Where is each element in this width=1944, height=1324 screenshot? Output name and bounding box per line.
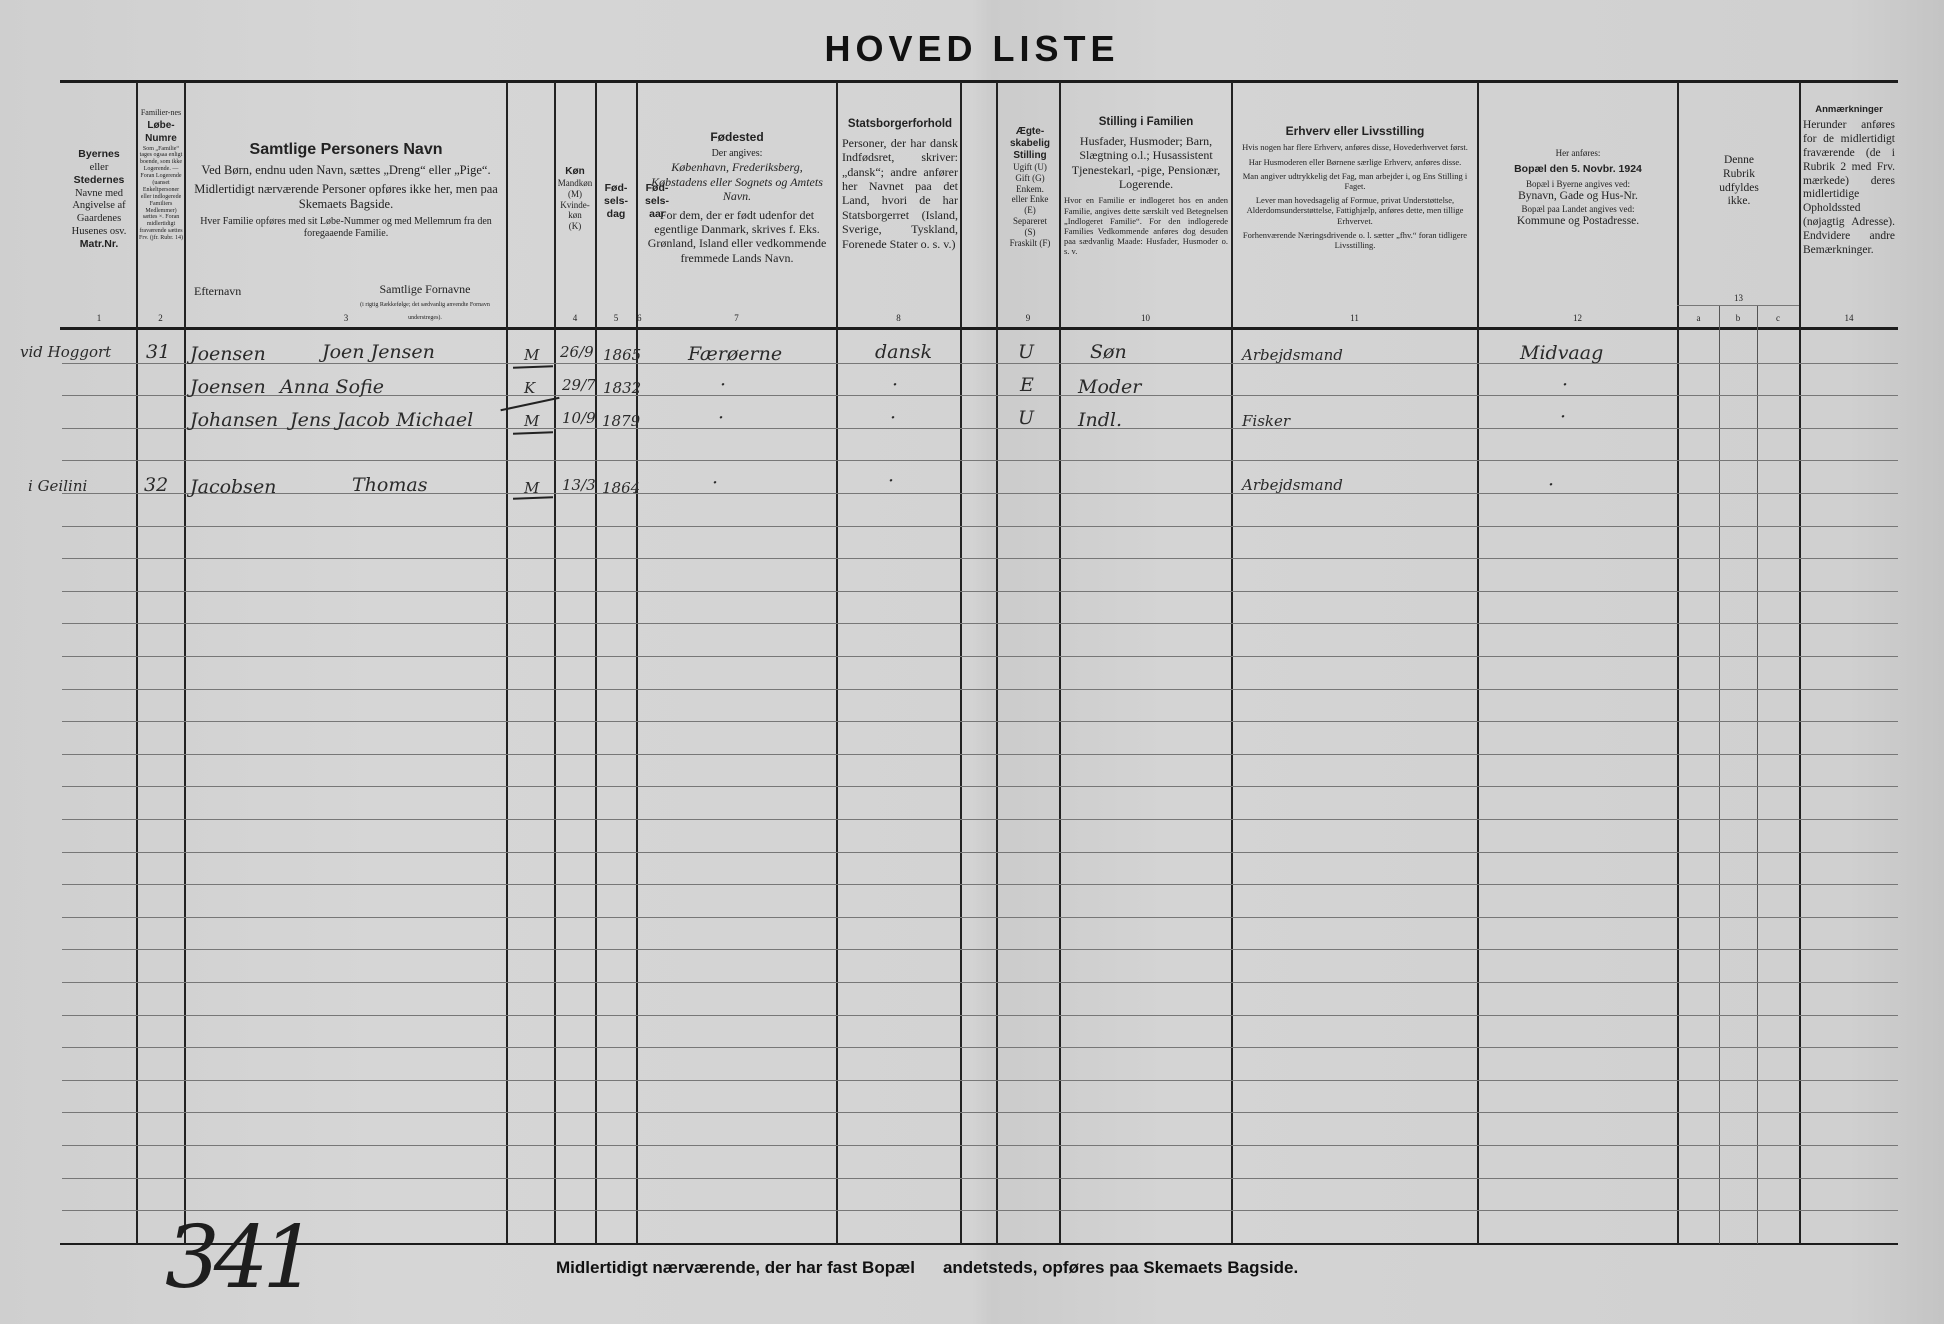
header-text: Ved Børn, endnu uden Navn, sættes „Dreng… — [190, 163, 502, 178]
col-divider-13a — [1719, 305, 1720, 1244]
header-text: Husfader, Husmoder; Barn, Slægtning o.l.… — [1064, 134, 1228, 192]
entry-family-role: Indl. — [1078, 409, 1122, 431]
col-number-12: 12 — [1478, 313, 1677, 323]
header-text: Familier-nes — [141, 108, 181, 117]
entry-marital: E — [1020, 374, 1034, 396]
col-number-11: 11 — [1232, 313, 1477, 323]
row-rule — [62, 982, 1898, 983]
header-text: Midlertidigt nærværende Personer opføres… — [190, 182, 502, 212]
sex-underline — [513, 496, 553, 499]
row-rule — [62, 1015, 1898, 1016]
header-col-12: Her anføres: Bopæl den 5. Novbr. 1924 Bo… — [1480, 148, 1676, 229]
header-title: Ægte-skabelig Stilling — [1010, 126, 1050, 161]
header-col-7: Fødested Der angives: København, Frederi… — [642, 130, 832, 265]
entry-birthplace: Færøerne — [688, 343, 782, 365]
col-divider-13 — [1799, 82, 1801, 1244]
header-text: Matr.Nr. — [80, 238, 119, 250]
header-text: Hvis nogen har flere Erhverv, anføres di… — [1238, 142, 1472, 152]
entry-place: vid Hoggort — [20, 343, 111, 361]
row-rule — [62, 656, 1898, 657]
header-text: Kvinde-køn — [560, 200, 590, 221]
header-top-rule — [60, 80, 1898, 83]
sex-underline — [500, 397, 559, 411]
entry-occupation: Arbejdsmand — [1242, 476, 1343, 494]
header-text: Kommune og Postadresse. — [1517, 215, 1639, 227]
row-rule — [62, 591, 1898, 592]
header-text: Rubrik — [1723, 168, 1755, 180]
row-rule — [62, 721, 1898, 722]
page-number-stamp: 341 — [165, 1208, 311, 1308]
row-rule — [62, 526, 1898, 527]
entry-given: Anna Sofie — [280, 376, 384, 398]
row-rule — [62, 1145, 1898, 1146]
entry-birth-year: 1864 — [602, 479, 640, 497]
row-rule — [62, 1210, 1898, 1211]
header-text: eller — [90, 162, 109, 173]
entry-citizenship: · — [890, 407, 896, 429]
header-title: Køn — [565, 166, 584, 177]
header-text: Bopæl paa Landet angives ved: — [1522, 204, 1635, 214]
header-text: (M) — [568, 189, 582, 199]
header-col-5: Fød-sels-dag — [598, 182, 634, 222]
sex-underline — [513, 431, 553, 434]
entry-family-no: 31 — [146, 341, 170, 363]
header-text: Der angives: — [642, 148, 832, 160]
col-divider-8 — [960, 82, 962, 1244]
row-rule — [62, 786, 1898, 787]
entry-sex: M — [524, 479, 539, 497]
header-text: For dem, der er født udenfor det egentli… — [642, 208, 832, 266]
col-13-sub-a: a — [1678, 313, 1719, 323]
row-rule — [62, 558, 1898, 559]
entry-birth-day: 10/9 — [562, 409, 596, 427]
col-number-3: 3 — [186, 313, 506, 323]
col-divider-1 — [136, 82, 138, 1244]
entry-given: Thomas — [352, 474, 427, 496]
col-divider-4 — [554, 82, 556, 1244]
header-text: Samtlige Fornavne — [380, 282, 471, 296]
row-rule — [62, 819, 1898, 820]
header-text: ikke. — [1728, 195, 1751, 207]
col-number-14: 14 — [1800, 313, 1898, 323]
row-rule — [62, 754, 1898, 755]
entry-residence: · — [1548, 474, 1554, 496]
entry-citizenship: · — [892, 374, 898, 396]
entry-citizenship: · — [888, 470, 894, 492]
entry-birth-day: 26/9 — [560, 343, 594, 361]
header-text: Personer, der har dansk Indfødsret, skri… — [842, 136, 958, 251]
row-rule — [62, 1080, 1898, 1081]
header-text: Husenes osv. — [72, 226, 127, 237]
table-bottom-rule — [60, 1243, 1898, 1245]
footer-note-right: andetsteds, opføres paa Skemaets Bagside… — [943, 1258, 1298, 1277]
col-divider-7 — [836, 82, 838, 1244]
header-title: Anmærkninger — [1803, 104, 1895, 115]
footer-note: Midlertidigt nærværende, der har fast Bo… — [556, 1258, 1298, 1278]
col-divider-3 — [506, 82, 508, 1244]
col-number-13: 13 — [1678, 293, 1799, 303]
header-col-8: Statsborgerforhold Personer, der har dan… — [842, 118, 958, 251]
entry-sex: M — [524, 412, 539, 430]
row-rule — [62, 884, 1898, 885]
row-rule — [62, 493, 1898, 494]
entry-surname: Joensen — [190, 343, 266, 365]
col-number-7: 7 — [637, 313, 836, 323]
entry-surname: Jacobsen — [190, 476, 276, 498]
entry-birth-day: 13/3 — [562, 476, 596, 494]
header-text: Navne med — [75, 188, 123, 199]
header-col-11: Erhverv eller Livsstilling Hvis nogen ha… — [1238, 124, 1472, 254]
header-title: Statsborgerforhold — [842, 118, 958, 132]
header-text: Hver Familie opføres med sit Løbe-Nummer… — [190, 216, 502, 240]
header-text: Man angiver udtrykkelig det Fag, man arb… — [1238, 171, 1472, 191]
header-text: Har Husmoderen eller Børnene særlige Erh… — [1238, 157, 1472, 167]
header-text: Ugift (U) — [1013, 162, 1047, 172]
entry-residence: · — [1562, 374, 1568, 396]
entry-given: Joen Jensen — [322, 341, 435, 363]
footer-note-left: Midlertidigt nærværende, der har fast Bo… — [556, 1258, 915, 1277]
col-divider-5 — [595, 82, 597, 1244]
header-text: Forhenværende Næringsdrivende o. l. sætt… — [1238, 230, 1472, 250]
header-text: Her anføres: — [1480, 148, 1676, 159]
entry-marital: U — [1018, 407, 1034, 429]
entry-birth-year: 1832 — [603, 379, 641, 397]
entry-occupation: Fisker — [1242, 412, 1290, 430]
header-text: Bynavn, Gade og Hus-Nr. — [1518, 190, 1638, 202]
entry-birthplace: · — [712, 472, 718, 494]
col13-sub-rule — [1677, 305, 1799, 306]
col-divider-2 — [184, 82, 186, 1244]
entry-marital: U — [1018, 341, 1034, 363]
header-text: Stedernes — [74, 174, 125, 186]
row-rule — [62, 623, 1898, 624]
entry-surname: Joensen — [190, 376, 266, 398]
sex-underline — [513, 365, 553, 368]
header-text: Byernes — [78, 148, 119, 160]
header-col-3-surname: Efternavn — [194, 284, 294, 298]
header-title: Stilling i Familien — [1064, 116, 1228, 130]
header-text: (S) — [1025, 227, 1036, 237]
entry-family-no: 32 — [144, 474, 168, 496]
entry-given: Jens Jacob Michael — [290, 409, 473, 431]
entry-occupation: Arbejdsmand — [1242, 346, 1343, 364]
header-col-13: Denne Rubrik udfyldes ikke. — [1680, 154, 1798, 209]
header-text: Lever man hovedsagelig af Formue, privat… — [1238, 195, 1472, 226]
header-bottom-rule — [60, 327, 1898, 330]
header-col-9: Ægte-skabelig Stilling Ugift (U) Gift (G… — [1002, 126, 1058, 248]
header-col-10: Stilling i Familien Husfader, Husmoder; … — [1064, 116, 1228, 256]
form-title: HOVED LISTE — [0, 28, 1944, 70]
entry-birth-year: 1865 — [603, 346, 641, 364]
header-text: udfyldes — [1719, 182, 1759, 194]
col-number-9: 9 — [997, 313, 1059, 323]
entry-residence: · — [1560, 406, 1566, 428]
col-divider-12 — [1677, 82, 1679, 1244]
col-divider-10 — [1231, 82, 1233, 1244]
entry-residence: Midvaag — [1520, 342, 1603, 364]
header-text: Som „Familie“ tages ogsaa enligt boende,… — [138, 146, 184, 242]
header-text: Mandkøn — [558, 178, 593, 188]
row-rule — [62, 852, 1898, 853]
col-divider-6 — [636, 82, 638, 1244]
header-text: eller Enke — [1012, 194, 1049, 204]
col-number-5: 5 — [596, 313, 636, 323]
header-text: Hvor en Familie er indlogeret hos en and… — [1064, 195, 1228, 256]
entry-birthplace: · — [720, 374, 726, 396]
header-title: Fød-sels-dag — [604, 182, 628, 220]
header-col-14: Anmærkninger Herunder anføres for de mid… — [1803, 104, 1895, 257]
row-rule — [62, 689, 1898, 690]
header-text: Fraskilt (F) — [1010, 238, 1051, 248]
header-text: Bopæl i Byerne angives ved: — [1526, 179, 1630, 189]
entry-sex: K — [524, 379, 535, 397]
row-rule — [62, 1178, 1898, 1179]
col-13-sub-c: c — [1757, 313, 1799, 323]
col-number-8: 8 — [837, 313, 960, 323]
header-col-1: Byernes eller Stedernes Navne med Angive… — [62, 148, 136, 252]
header-col-4: Køn Mandkøn (M) Kvinde-køn (K) — [556, 166, 594, 232]
header-text: Separeret — [1013, 216, 1047, 226]
entry-birth-day: 29/7 — [562, 376, 596, 394]
header-title: Erhverv eller Livsstilling — [1238, 124, 1472, 138]
col-number-1: 1 — [62, 313, 136, 323]
header-title: Fødested — [642, 130, 832, 144]
row-rule — [62, 363, 1898, 364]
header-text: Angivelse af — [72, 200, 125, 211]
header-text: Gaardenes — [77, 213, 121, 224]
entry-place: i Geilini — [28, 477, 87, 495]
entry-birth-year: 1879 — [602, 412, 640, 430]
col-13-sub-b: b — [1719, 313, 1757, 323]
entry-family-role: Søn — [1090, 341, 1127, 363]
header-col-2: Familier-nes Løbe-Numre Som „Familie“ ta… — [138, 106, 184, 242]
row-rule — [62, 917, 1898, 918]
header-text: Løbe-Numre — [145, 120, 177, 144]
entry-surname: Johansen — [190, 409, 278, 431]
col-divider-9 — [1059, 82, 1061, 1244]
col-number-4: 4 — [555, 313, 595, 323]
header-text: Enkem. — [1016, 184, 1044, 194]
row-rule — [62, 1112, 1898, 1113]
col-number-10: 10 — [1060, 313, 1231, 323]
header-text: København, Frederiksberg, Købstadens ell… — [642, 160, 832, 203]
census-form-page: HOVED LISTE Byernes eller Stedernes Navn… — [0, 0, 1944, 1324]
entry-citizenship: dansk — [875, 341, 932, 363]
header-title: Samtlige Personers Navn — [190, 140, 502, 159]
header-text: (K) — [569, 221, 582, 231]
header-title: Bopæl den 5. Novbr. 1924 — [1480, 163, 1676, 176]
header-text: (E) — [1024, 205, 1036, 215]
row-rule — [62, 949, 1898, 950]
entry-birthplace: · — [718, 407, 724, 429]
col-divider-11 — [1477, 82, 1479, 1244]
row-rule — [62, 460, 1898, 461]
binding-gap-left — [996, 82, 998, 1244]
col-number-2: 2 — [137, 313, 184, 323]
col-divider-13b — [1757, 305, 1758, 1244]
header-col-3: Samtlige Personers Navn Ved Børn, endnu … — [190, 140, 502, 244]
header-text: Gift (G) — [1015, 173, 1044, 183]
entry-family-role: Moder — [1078, 376, 1141, 398]
row-rule — [62, 1047, 1898, 1048]
entry-sex: M — [524, 346, 539, 364]
header-text: Herunder anføres for de midlertidigt fra… — [1803, 119, 1895, 255]
header-text: Denne — [1724, 154, 1754, 166]
